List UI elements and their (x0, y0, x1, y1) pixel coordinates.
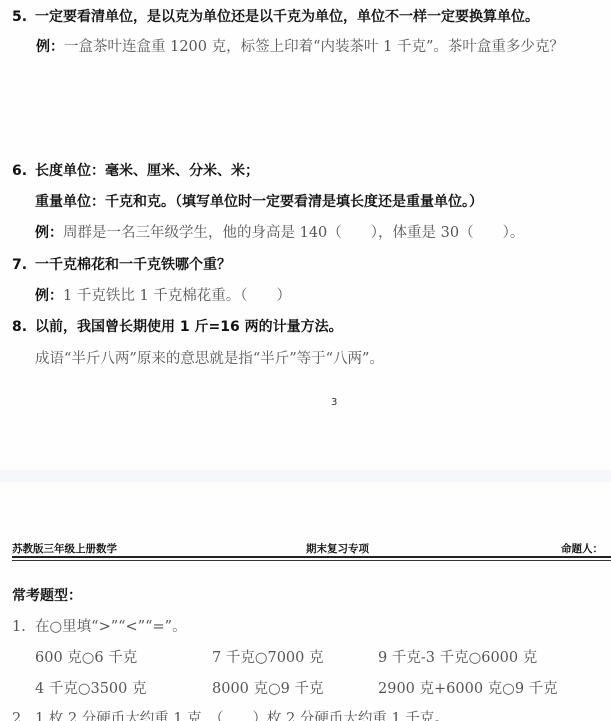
item-number: 7. (12, 256, 35, 274)
item-6: 6.长度单位：毫米、厘米、分米、米； (12, 162, 259, 180)
page-number: 3 (331, 397, 337, 408)
header-rule-thin (12, 560, 611, 561)
page-separator (0, 470, 611, 482)
example-text: 周群是一名三年级学生，他的身高是 140（ ），体重是 30（ ）。 (63, 225, 524, 241)
item-number: 8. (12, 318, 35, 336)
example-6: 例：周群是一名三年级学生，他的身高是 140（ ），体重是 30（ ）。 (35, 224, 524, 242)
compare-cell: 7 千克○7000 克 (212, 649, 324, 667)
example-5: 例：一盒茶叶连盒重 1200 克，标签上印着“内装茶叶 1 千克”。茶叶盒重多少… (36, 38, 564, 56)
example-label: 例： (36, 39, 64, 55)
question-text: 在○里填“>”“<”“=”。 (35, 619, 187, 635)
item-text: 一千克棉花和一千克铁哪个重？ (35, 257, 231, 273)
example-label: 例： (35, 288, 63, 304)
compare-cell: 600 克○6 千克 (35, 649, 137, 667)
item-5: 5.一定要看清单位，是以克为单位还是以千克为单位，单位不一样一定要换算单位。 (12, 8, 539, 26)
example-7: 例：1 千克铁比 1 千克棉花重。（ ） (35, 287, 291, 305)
question-number: 1. (12, 618, 35, 636)
item-8: 8.以前，我国曾长期使用 1 斤=16 两的计量方法。 (12, 318, 343, 336)
example-label: 例： (35, 225, 63, 241)
question-1: 1.在○里填“>”“<”“=”。 (12, 618, 187, 636)
item-8-idiom: 成语“半斤八两”原来的意思就是指“半斤”等于“八两”。 (35, 350, 384, 368)
compare-cell: 9 千克-3 千克○6000 克 (378, 649, 537, 667)
header-rule-thick (12, 556, 611, 558)
example-text: 1 千克铁比 1 千克棉花重。（ ） (63, 288, 291, 304)
question-number: 2. (12, 710, 35, 721)
item-text: 重量单位：千克和克。（填写单位时一定要看清是填长度还是重量单位。） (35, 194, 483, 210)
item-text: 以前，我国曾长期使用 1 斤=16 两的计量方法。 (35, 319, 343, 335)
item-6-weight-units: 重量单位：千克和克。（填写单位时一定要看清是填长度还是重量单位。） (35, 193, 483, 211)
item-text: 一定要看清单位，是以克为单位还是以千克为单位，单位不一样一定要换算单位。 (35, 9, 539, 25)
item-7: 7.一千克棉花和一千克铁哪个重？ (12, 256, 231, 274)
compare-cell: 4 千克○3500 克 (35, 680, 147, 698)
compare-cell: 8000 克○9 千克 (212, 680, 324, 698)
section-title: 常考题型： (12, 587, 82, 605)
header-right: 命题人： (561, 541, 603, 556)
item-text: 成语“半斤八两”原来的意思就是指“半斤”等于“八两”。 (35, 351, 384, 367)
header-center: 期末复习专项 (306, 541, 369, 556)
question-text: 1 枚 2 分硬币大约重 1 克，（ ）枚 2 分硬币大约重 1 千克。 (35, 711, 449, 721)
item-text: 长度单位：毫米、厘米、分米、米； (35, 163, 259, 179)
header-left: 苏教版三年级上册数学 (12, 541, 117, 556)
question-2: 2.1 枚 2 分硬币大约重 1 克，（ ）枚 2 分硬币大约重 1 千克。 (12, 710, 449, 721)
item-number: 6. (12, 162, 35, 180)
example-text: 一盒茶叶连盒重 1200 克，标签上印着“内装茶叶 1 千克”。茶叶盒重多少克？ (64, 39, 564, 55)
item-number: 5. (12, 8, 35, 26)
compare-cell: 2900 克+6000 克○9 千克 (378, 680, 558, 698)
